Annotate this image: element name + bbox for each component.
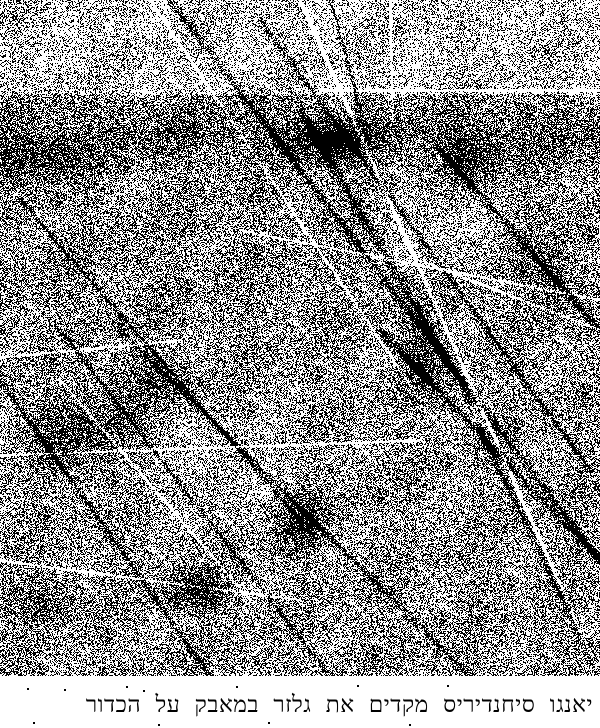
- print-speck: [158, 724, 160, 726]
- print-speck: [409, 724, 411, 726]
- print-speck: [143, 690, 145, 692]
- print-speck: [268, 722, 270, 724]
- photo-caption: יאנגו סיחנדיריס מקדים את גלזר במאבק על ה…: [0, 690, 593, 720]
- print-speck: [33, 722, 35, 724]
- match-photo: [0, 0, 600, 676]
- print-speck: [27, 688, 29, 690]
- newspaper-clipping: יאנגו סיחנדיריס מקדים את גלזר במאבק על ה…: [0, 0, 600, 728]
- print-speck: [447, 685, 449, 687]
- print-speck: [357, 685, 359, 687]
- print-speck: [126, 686, 128, 688]
- print-speck: [236, 686, 238, 688]
- print-speck: [64, 689, 66, 691]
